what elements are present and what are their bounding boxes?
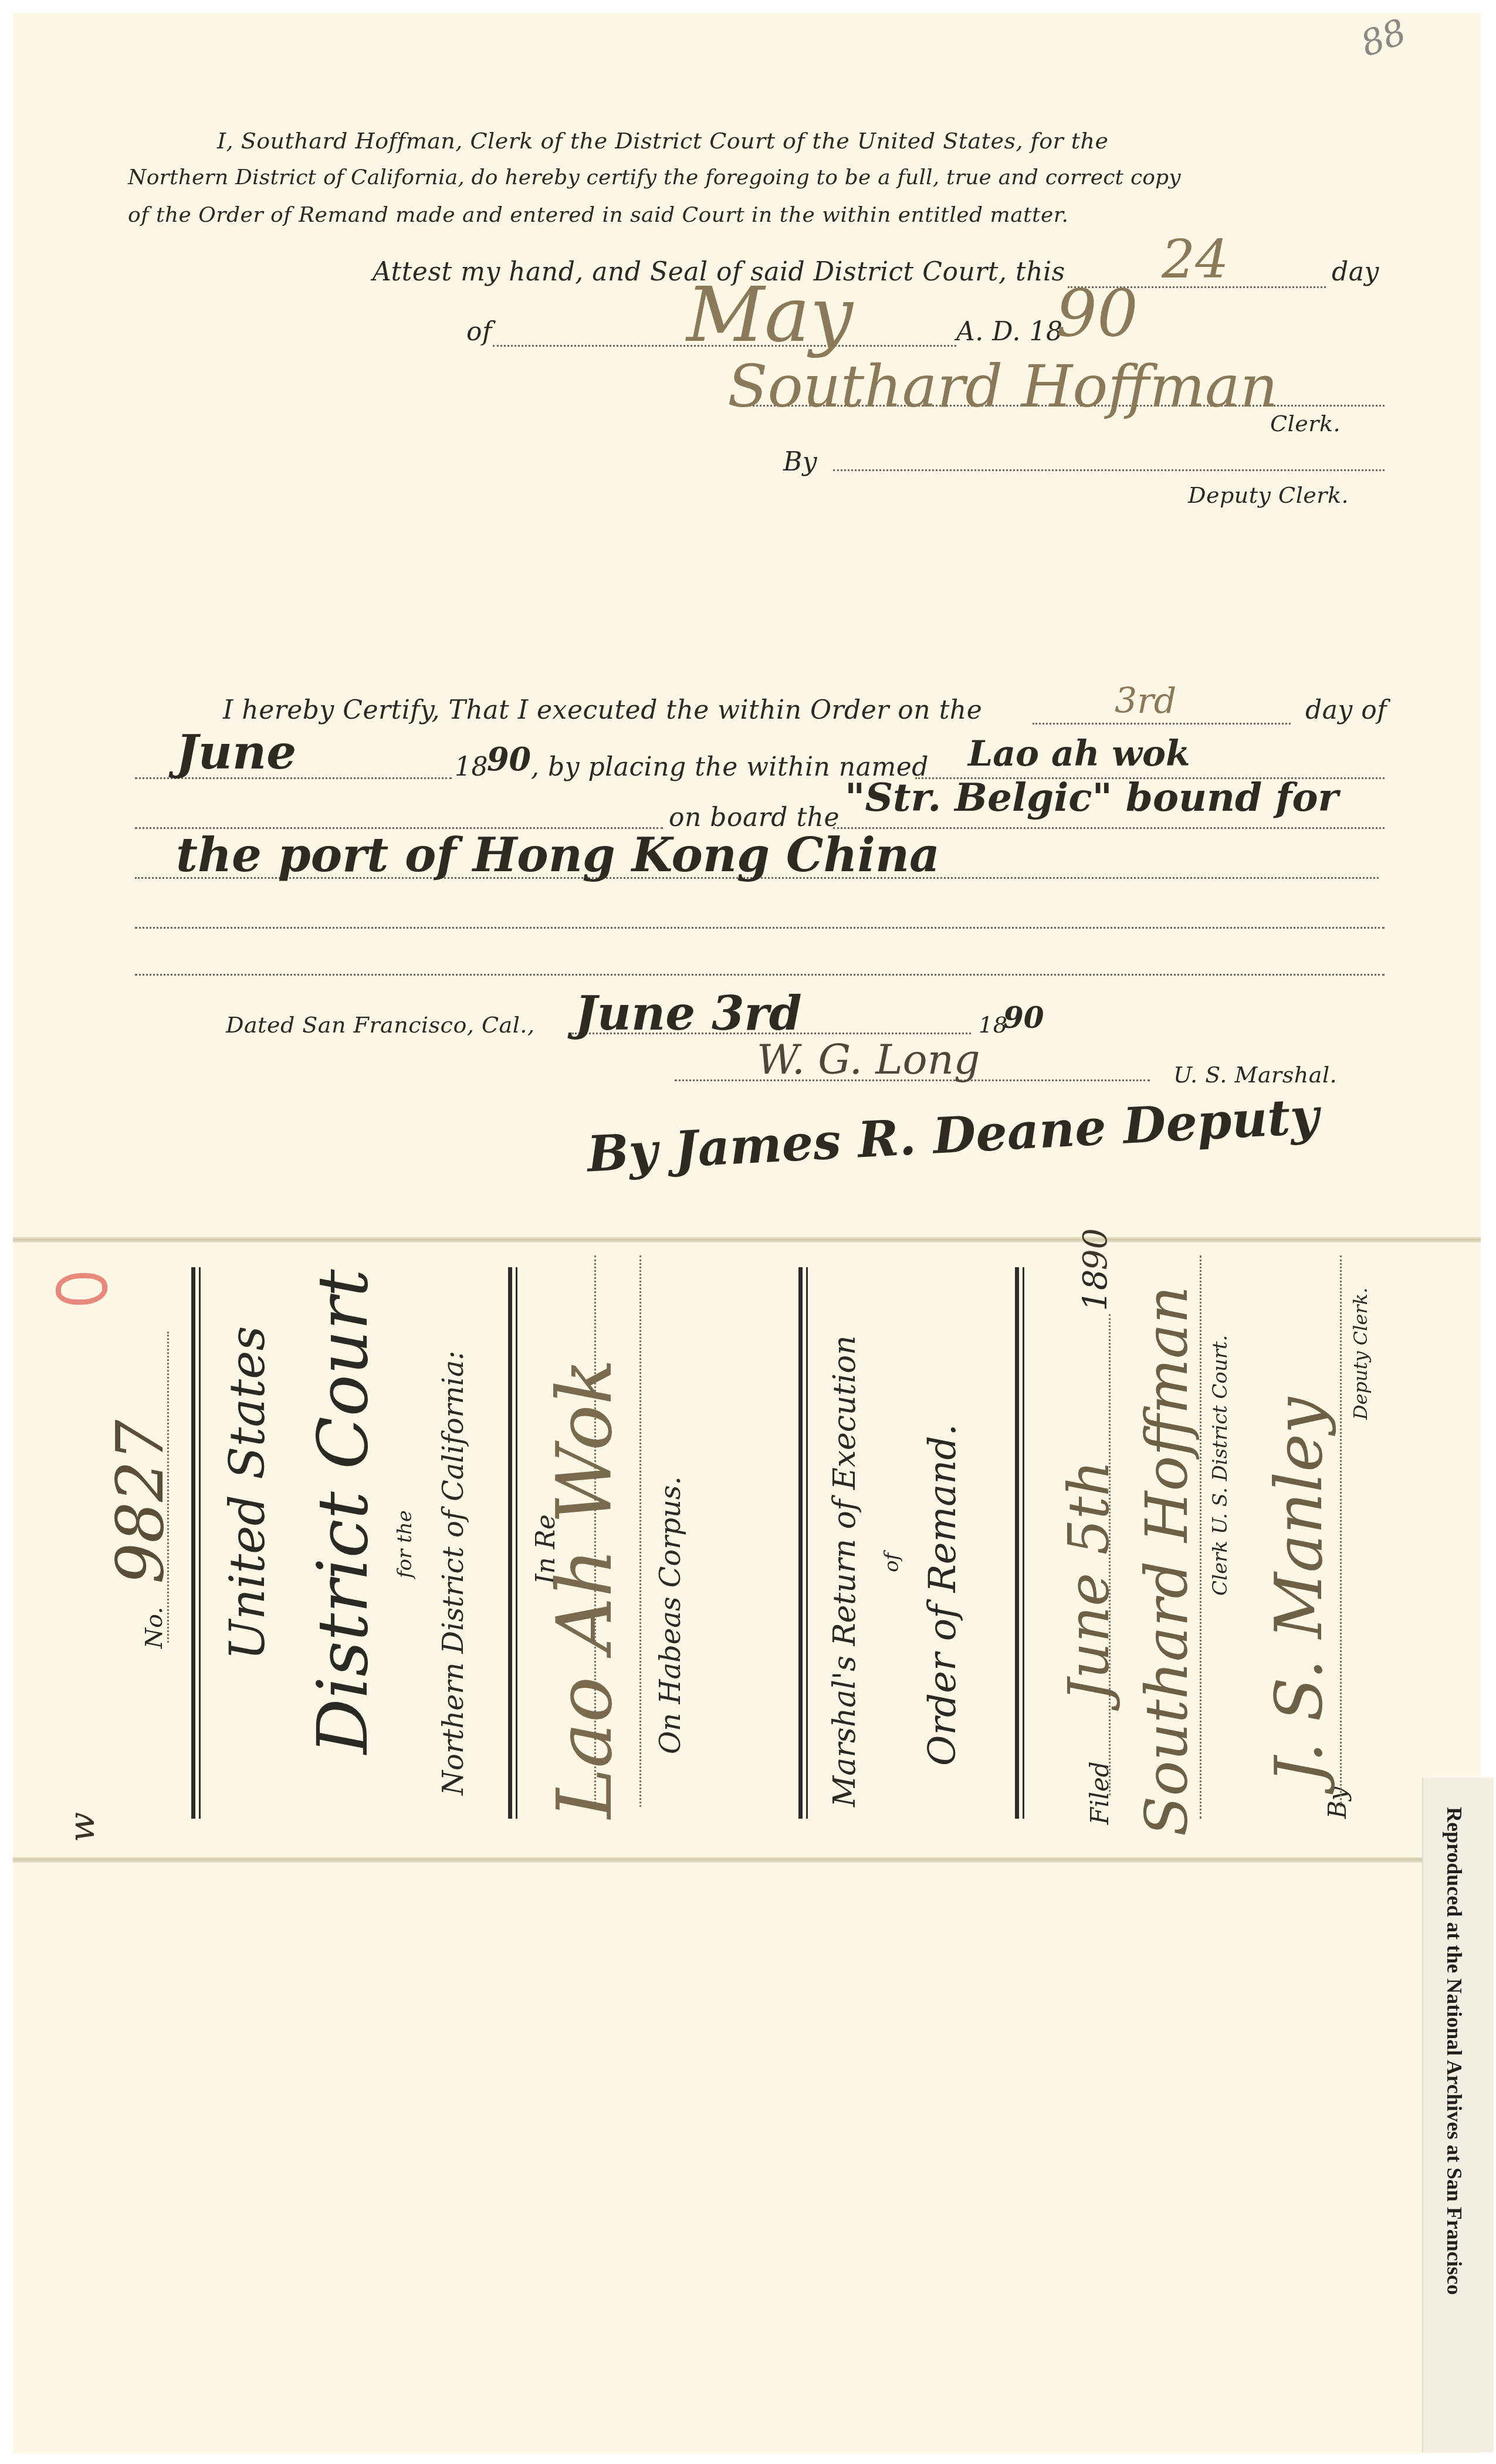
docket-district-name: Northern District of California:	[437, 1351, 470, 1795]
marshal-blank-line-2	[135, 974, 1385, 976]
docket-order-title: Order of Remand.	[921, 1424, 964, 1766]
deputy-clerk-line	[833, 469, 1385, 471]
docket-rule-2	[508, 1267, 517, 1819]
marshal-label: U. S. Marshal.	[1173, 1062, 1337, 1088]
docket-clerk-label: Clerk U. S. District Court.	[1209, 1335, 1232, 1596]
deputy-clerk-label: Deputy Clerk.	[1188, 482, 1349, 508]
docket-deputy-signature: J. S. Manley	[1261, 1397, 1336, 1783]
docket-by-label: By	[1323, 1786, 1352, 1819]
marshal-signature: W. G. Long	[757, 1035, 980, 1084]
attest-of-label: of	[466, 317, 492, 347]
marshal-person-name: Lao ah wok	[968, 733, 1190, 774]
attest-by-label: By	[783, 447, 817, 477]
docket-rule-4	[1015, 1267, 1024, 1819]
docket-rule-1	[191, 1267, 201, 1819]
archive-stamp-text: Reproduced at the National Archives at S…	[1442, 1807, 1467, 2295]
docket-heading-united-states: United States	[220, 1326, 276, 1660]
docket-filed-year-value: 90	[1077, 1228, 1115, 1270]
docket-margin-mark: w	[62, 1812, 103, 1842]
attest-year-value: 90	[1056, 276, 1138, 351]
docket-heading-district-court: District Court	[302, 1269, 383, 1754]
docket-for-the: for the	[393, 1510, 417, 1578]
attest-day-label: day	[1332, 257, 1379, 287]
docket-return-title: Marshal's Return of Execution	[827, 1335, 862, 1807]
docket-number-value: 9827	[103, 1420, 178, 1584]
docket-filed-year-prefix: 18	[1077, 1270, 1115, 1311]
docket-deputy-line	[1340, 1255, 1342, 1807]
docket-habeas-line	[639, 1255, 641, 1807]
docket-of-label: of	[880, 1553, 903, 1572]
dated-year-value: 90	[1003, 1000, 1044, 1035]
marshal-day-of-label: day of	[1305, 695, 1387, 725]
marshal-day-line	[1033, 723, 1291, 725]
docket-clerk-signature: Southard Hoffman	[1132, 1286, 1201, 1836]
dated-label: Dated San Francisco, Cal.,	[226, 1012, 534, 1038]
fold-crease-upper	[13, 1237, 1481, 1243]
marshal-destination-value: the port of Hong Kong China	[176, 827, 940, 882]
docket-rule-3	[798, 1267, 808, 1819]
marshal-blank-line-1	[135, 927, 1385, 929]
marshal-year-value: 90	[487, 740, 531, 778]
marshal-vessel-value: "Str. Belgic" bound for	[845, 774, 1338, 820]
fold-crease-lower	[13, 1857, 1481, 1863]
attest-year-prefix: A. D. 18	[956, 317, 1062, 347]
marshal-year-prefix: 18	[455, 752, 488, 782]
clerk-certificate-line-1: I, Southard Hoffman, Clerk of the Distri…	[217, 128, 1109, 154]
clerk-certificate-line-3: of the Order of Remand made and entered …	[128, 203, 1069, 227]
docket-number-label: No.	[141, 1607, 168, 1649]
marshal-month-value: June	[176, 725, 296, 780]
red-pencil-mark	[56, 1273, 107, 1305]
docket-habeas: On Habeas Corpus.	[654, 1476, 687, 1754]
marshal-day-value: 3rd	[1115, 681, 1176, 722]
docket-in-re-value: Lao Ah Wok	[540, 1359, 629, 1819]
clerk-certificate-line-2: Northern District of California, do here…	[128, 165, 1181, 189]
attest-month-value: May	[686, 270, 853, 359]
docket-deputy-label: Deputy Clerk.	[1349, 1288, 1372, 1420]
marshal-certify-text: I hereby Certify, That I executed the wi…	[223, 695, 982, 725]
dated-value: June 3rd	[575, 986, 802, 1041]
attest-day-value: 24	[1162, 229, 1229, 290]
docket-filed-value: June 5th	[1056, 1460, 1122, 1701]
clerk-signature: Southard Hoffman	[727, 352, 1278, 421]
clerk-label: Clerk.	[1270, 411, 1341, 436]
